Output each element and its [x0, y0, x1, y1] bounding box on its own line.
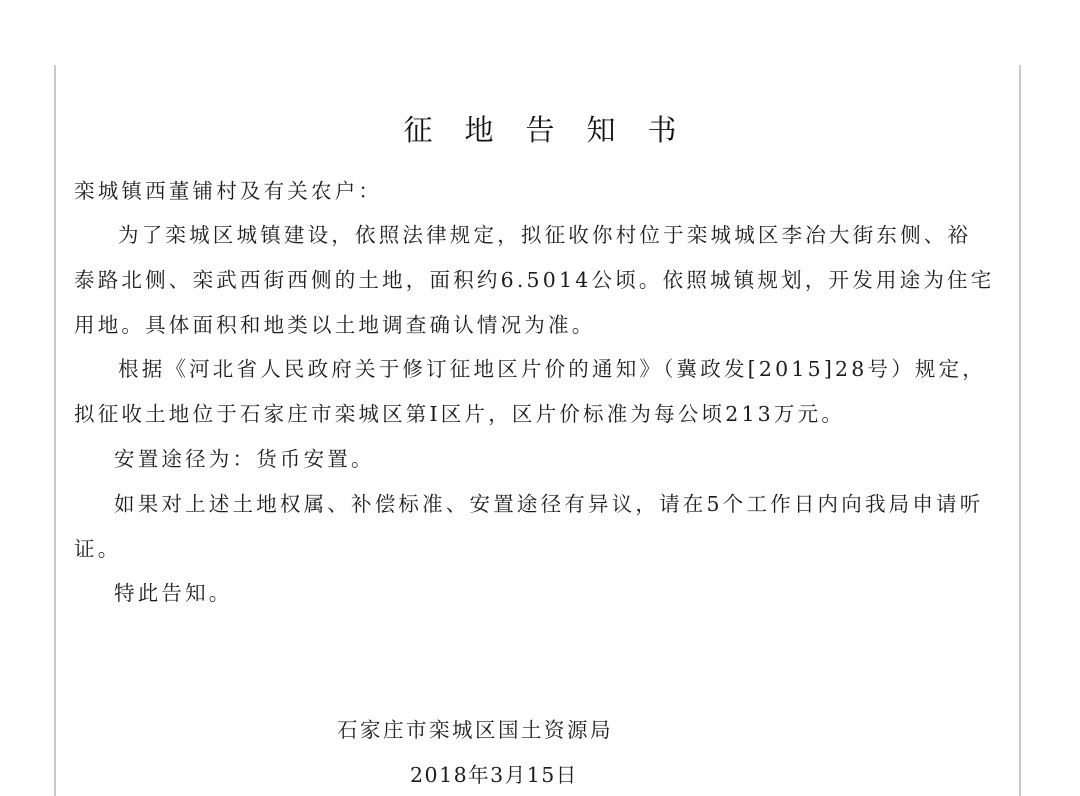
issue-date: 2018年3月15日 [410, 758, 578, 788]
paragraph-2-line-1: 根据《河北省人民政府关于修订征地区片价的通知》（冀政发[2015]28号）规定， [118, 352, 986, 382]
paragraph-1-line-3: 用地。具体面积和地类以土地调查确认情况为准。 [74, 308, 595, 338]
paragraph-3-line-1: 安置途径为：货币安置。 [114, 442, 375, 472]
document-title: 征地告知书 [0, 108, 1080, 149]
paragraph-4-line-1: 如果对上述土地权属、补偿标准、安置途径有异议，请在5个工作日内向我局申请听 [114, 487, 983, 517]
page-border-right [1019, 65, 1021, 796]
page-border-left [54, 65, 56, 796]
addressee: 栾城镇西董铺村及有关农户： [74, 174, 382, 204]
issuer-name: 石家庄市栾城区国土资源局 [337, 713, 613, 743]
paragraph-2-line-2: 拟征收土地位于石家庄市栾城区第Ⅰ区片，区片价标准为每公顷213万元。 [74, 397, 845, 427]
closing-line: 特此告知。 [114, 576, 233, 606]
paragraph-1-line-2: 泰路北侧、栾武西街西侧的土地，面积约6.5014公顷。依照城镇规划，开发用途为住… [74, 263, 994, 293]
paragraph-1-line-1: 为了栾城区城镇建设，依照法律规定，拟征收你村位于栾城城区李冶大街东侧、裕 [118, 218, 971, 248]
paragraph-4-line-2: 证。 [74, 532, 121, 562]
